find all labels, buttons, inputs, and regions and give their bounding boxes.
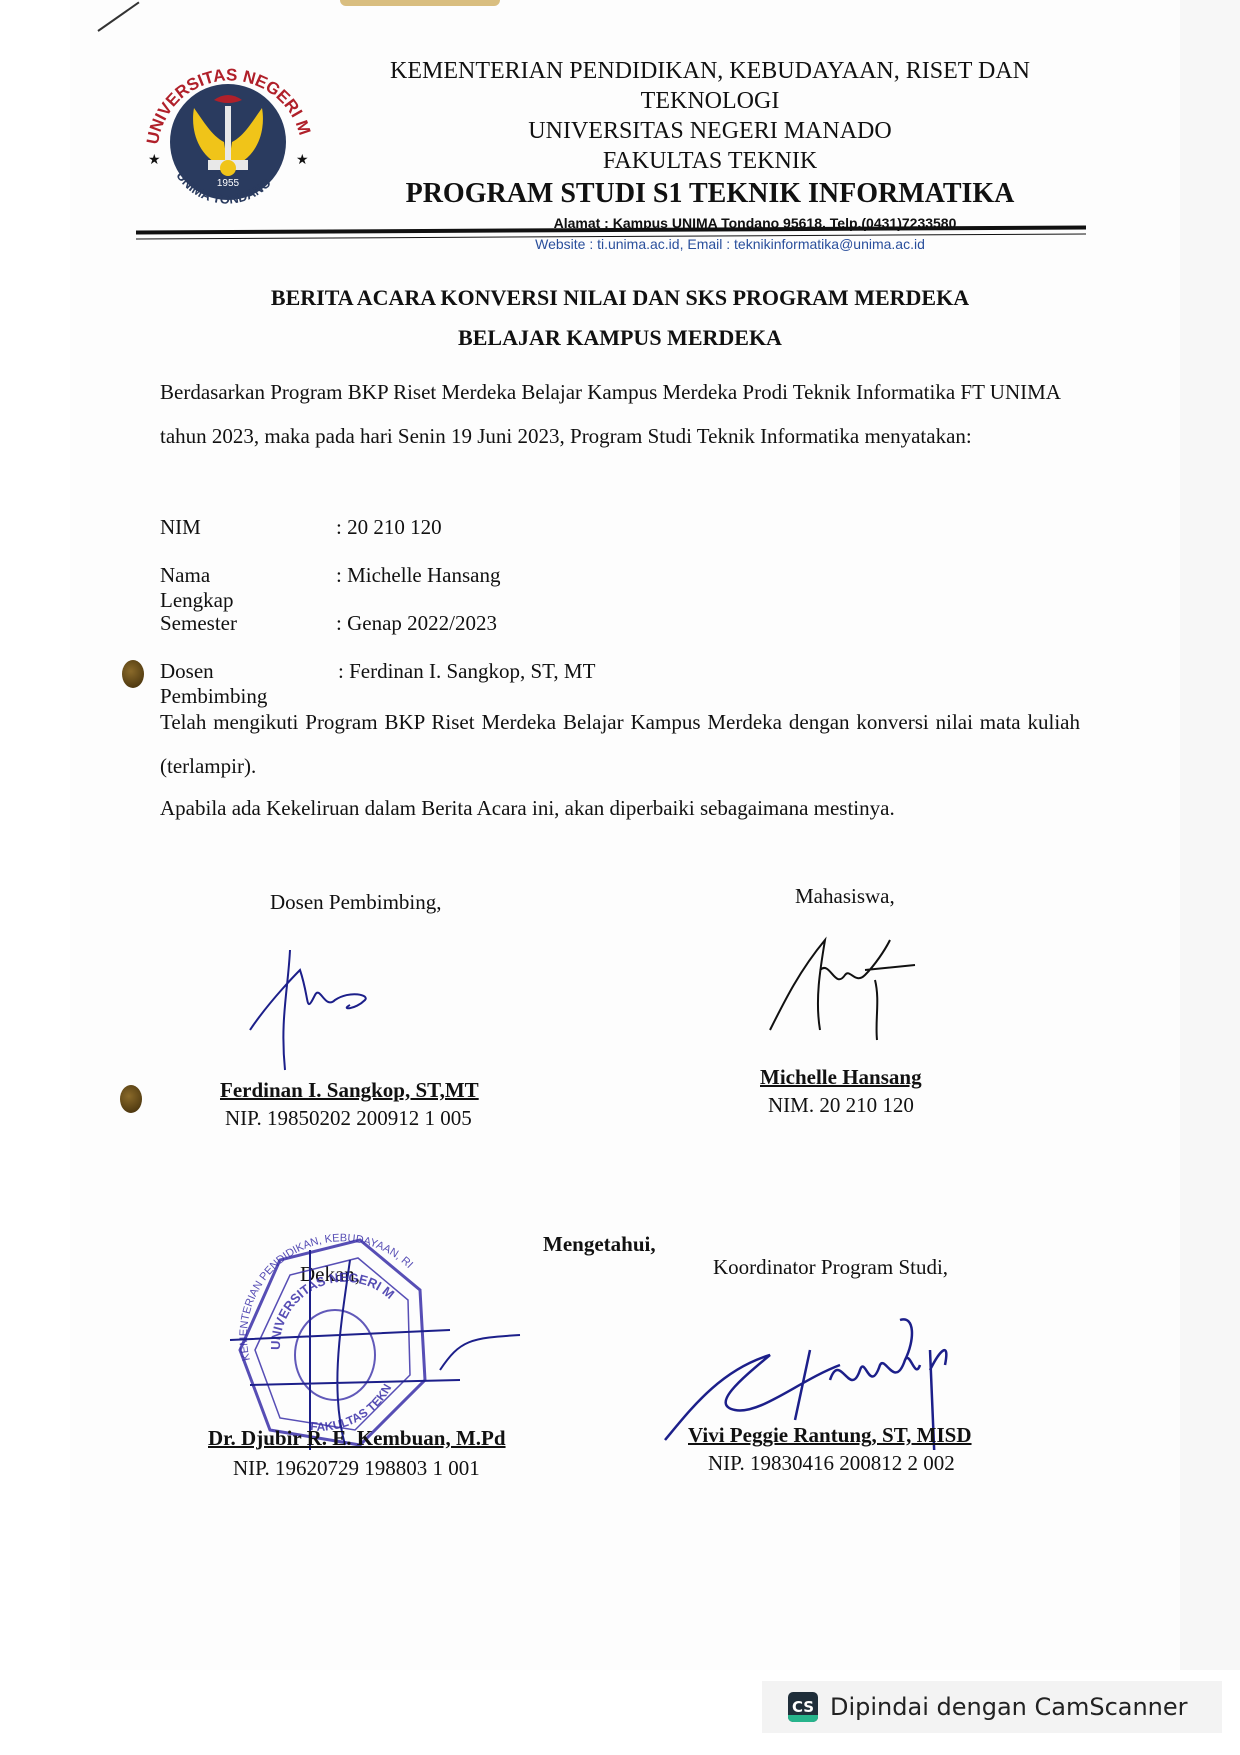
advisor-signature-icon — [240, 940, 410, 1080]
dean-name: Dr. Djubir R. E. Kembuan, M.Pd — [208, 1426, 506, 1451]
ministry-name: KEMENTERIAN PENDIDIKAN, KEBUDAYAAN, RISE… — [330, 56, 1090, 116]
stamp-bottom-text: FAKULTAS TEKNIK — [210, 1230, 394, 1434]
advisor-nip: NIP. 19850202 200912 1 005 — [225, 1106, 472, 1131]
svg-text:FAKULTAS TEKNIK: FAKULTAS TEKNIK — [210, 1230, 394, 1434]
advisor-name: Ferdinan I. Sangkop, ST,MT — [220, 1078, 479, 1103]
student-nim: NIM. 20 210 120 — [768, 1093, 914, 1118]
field-label: NIM — [160, 515, 201, 540]
student-role: Mahasiswa, — [795, 884, 895, 909]
document-title-line2: BELAJAR KAMPUS MERDEKA — [150, 325, 1090, 351]
scan-margin-right — [1180, 0, 1240, 1670]
coordinator-nip: NIP. 19830416 200812 2 002 — [708, 1451, 955, 1476]
university-name: UNIVERSITAS NEGERI MANADO — [330, 116, 1090, 146]
statement-paragraph: Telah mengikuti Program BKP Riset Merdek… — [160, 700, 1080, 788]
camscanner-label: Dipindai dengan CamScanner — [830, 1693, 1188, 1721]
camscanner-watermark: CS Dipindai dengan CamScanner — [762, 1681, 1222, 1733]
program-name: PROGRAM STUDI S1 TEKNIK INFORMATIKA — [330, 176, 1090, 212]
coordinator-role: Koordinator Program Studi, — [713, 1255, 948, 1280]
field-label: Semester — [160, 611, 237, 636]
intro-paragraph: Berdasarkan Program BKP Riset Merdeka Be… — [160, 370, 1080, 458]
advisor-role: Dosen Pembimbing, — [270, 890, 442, 915]
field-value: : 20 210 120 — [336, 515, 442, 540]
paper-stain — [340, 0, 500, 6]
scan-margin-left — [0, 0, 70, 1670]
university-logo: UNIVERSITAS NEGERI MANADO UNIMA TONDANO … — [128, 50, 328, 210]
field-value: : Michelle Hansang — [336, 563, 500, 588]
svg-text:★: ★ — [296, 153, 309, 168]
student-signature-icon — [765, 930, 925, 1060]
camscanner-logo-icon: CS — [788, 1692, 818, 1722]
punch-hole — [120, 1085, 142, 1113]
faculty-stamp-icon: KEMENTERIAN PENDIDIKAN, KEBUDAYAAN, RISE… — [210, 1230, 530, 1450]
svg-text:★: ★ — [148, 153, 161, 168]
unima-emblem-icon: UNIVERSITAS NEGERI MANADO UNIMA TONDANO … — [128, 50, 328, 210]
punch-hole — [122, 660, 144, 688]
dean-nip: NIP. 19620729 198803 1 001 — [233, 1456, 480, 1481]
faculty-name: FAKULTAS TEKNIK — [330, 146, 1090, 176]
field-label: Nama Lengkap — [160, 563, 233, 613]
field-value: : Ferdinan I. Sangkop, ST, MT — [338, 659, 595, 684]
closing-paragraph: Apabila ada Kekeliruan dalam Berita Acar… — [160, 786, 1080, 830]
letterhead: KEMENTERIAN PENDIDIKAN, KEBUDAYAAN, RISE… — [330, 56, 1090, 254]
document-title-line1: BERITA ACARA KONVERSI NILAI DAN SKS PROG… — [150, 285, 1090, 311]
coordinator-name: Vivi Peggie Rantung, ST, MISD — [688, 1423, 972, 1448]
field-value: : Genap 2022/2023 — [336, 611, 497, 636]
student-name: Michelle Hansang — [760, 1065, 922, 1090]
acknowledged-label: Mengetahui, — [543, 1232, 656, 1257]
logo-year: 1955 — [217, 178, 240, 189]
